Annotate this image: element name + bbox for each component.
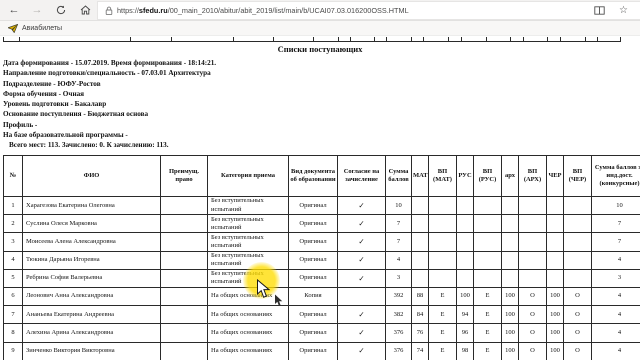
table-cell: 382 (386, 306, 412, 324)
table-cell: 74 (412, 342, 429, 360)
col-header-total-score: Сумма баллов (386, 156, 412, 197)
table-cell: 98 (457, 342, 474, 360)
table-row: 7Ананьева Екатерина АндреевнаНа общих ос… (4, 306, 640, 324)
table-cell: 88 (412, 287, 429, 305)
table-cell (474, 251, 502, 269)
table-cell: 8 (4, 324, 23, 342)
table-cell: На общих основаниях (208, 324, 289, 342)
table-cell (474, 197, 502, 215)
table-cell: 3 (4, 233, 23, 251)
table-cell: 4 (592, 251, 640, 269)
table-cell: 100 (547, 306, 564, 324)
table-cell (161, 233, 208, 251)
bookmark-label: Авиабилеты (22, 25, 62, 32)
meta-line-division: Подразделение - ЮФУ-Ростов (3, 79, 216, 89)
table-cell: Без вступительных испытаний (208, 251, 289, 269)
table-cell: Е (474, 324, 502, 342)
table-cell (429, 197, 457, 215)
table-cell: О (564, 324, 592, 342)
col-header-admission-category: Категория приема (208, 156, 289, 197)
table-row: 8Алехина Арина АлександровнаНа общих осн… (4, 324, 640, 342)
url-text: https://sfedu.ru/00_main_2010/abitur/abi… (117, 6, 594, 15)
home-icon (80, 5, 91, 15)
previous-table-bottom-edge (3, 37, 621, 42)
home-button[interactable] (75, 1, 95, 19)
table-cell: 94 (457, 306, 474, 324)
table-cell: ✓ (338, 324, 386, 342)
table-cell: Оригинал (289, 251, 338, 269)
col-header-cher: ЧЕР (547, 156, 564, 197)
table-cell: ✓ (338, 215, 386, 233)
table-cell (429, 233, 457, 251)
table-cell: На общих основаниях (208, 287, 289, 305)
table-cell: 96 (457, 324, 474, 342)
table-cell (519, 269, 547, 287)
table-cell: 100 (547, 342, 564, 360)
table-cell: 7 (4, 306, 23, 324)
table-cell (161, 215, 208, 233)
table-cell (547, 269, 564, 287)
table-cell (412, 215, 429, 233)
table-cell: 10 (592, 197, 640, 215)
admissions-table: № ФИО Преимущ. право Категория приема Ви… (3, 155, 640, 360)
table-cell (519, 251, 547, 269)
table-cell: 9 (4, 342, 23, 360)
table-cell (474, 233, 502, 251)
table-cell: На общих основаниях (208, 306, 289, 324)
table-cell (547, 233, 564, 251)
meta-line-date: Дата формирования - 15.07.2019. Время фо… (3, 58, 216, 68)
table-cell: 376 (386, 324, 412, 342)
table-cell: 4 (592, 342, 640, 360)
table-cell (502, 233, 519, 251)
table-cell: 3 (592, 269, 640, 287)
table-cell (564, 269, 592, 287)
table-cell: Оригинал (289, 324, 338, 342)
table-cell (502, 269, 519, 287)
table-cell: Без вступительных испытаний (208, 269, 289, 287)
paper-plane-icon (8, 24, 18, 33)
table-cell (474, 269, 502, 287)
table-cell: 10 (386, 197, 412, 215)
table-cell: Е (429, 324, 457, 342)
table-row: 6Леонович Анна АлександровнаНа общих осн… (4, 287, 640, 305)
refresh-icon (56, 5, 66, 15)
table-cell (429, 251, 457, 269)
meta-line-edu-base: На базе образовательной программы - (3, 130, 216, 140)
table-cell (457, 197, 474, 215)
table-cell: Тюкина Дарьяна Игоревна (23, 251, 161, 269)
table-cell: Е (474, 287, 502, 305)
table-cell (519, 197, 547, 215)
table-cell: О (519, 342, 547, 360)
refresh-button[interactable] (51, 1, 71, 19)
table-cell (564, 233, 592, 251)
table-cell (564, 215, 592, 233)
table-row: 3Моисеева Алена АлександровнаБез вступит… (4, 233, 640, 251)
table-cell: О (564, 287, 592, 305)
table-cell: 100 (502, 342, 519, 360)
meta-line-totals: Всего мест: 113. Зачислено: 0. К зачисле… (3, 140, 216, 150)
meta-line-level: Уровень подготовки - Бакалавр (3, 99, 216, 109)
table-header-row: № ФИО Преимущ. право Категория приема Ви… (4, 156, 640, 197)
table-cell: О (519, 324, 547, 342)
meta-line-program: Направление подготовки/специальность - 0… (3, 68, 216, 78)
table-row: 9Зинченко Виктория ВикторовнаНа общих ос… (4, 342, 640, 360)
address-bar[interactable]: https://sfedu.ru/00_main_2010/abitur/abi… (97, 1, 640, 20)
table-cell: 76 (412, 324, 429, 342)
table-cell: Ананьева Екатерина Андреевна (23, 306, 161, 324)
table-row: 1Харагезова Екатерина ОлеговнаБез вступи… (4, 197, 640, 215)
table-cell (161, 306, 208, 324)
table-cell (161, 324, 208, 342)
table-cell: Оригинал (289, 342, 338, 360)
table-cell (429, 215, 457, 233)
col-header-vp-arh: ВП (АРХ) (519, 156, 547, 197)
reading-view-icon[interactable] (594, 6, 605, 15)
table-cell: Леонович Анна Александровна (23, 287, 161, 305)
col-header-consent: Согласие на зачисление (338, 156, 386, 197)
table-cell (457, 215, 474, 233)
table-cell: О (564, 306, 592, 324)
table-cell: 7 (592, 233, 640, 251)
table-cell: 4 (592, 324, 640, 342)
table-cell: ✓ (338, 197, 386, 215)
table-cell: 100 (502, 287, 519, 305)
table-cell: ✓ (338, 306, 386, 324)
col-header-rus: РУС (457, 156, 474, 197)
table-cell (457, 269, 474, 287)
table-cell (161, 342, 208, 360)
table-cell (161, 287, 208, 305)
table-cell (161, 197, 208, 215)
table-cell (412, 233, 429, 251)
col-header-arh: арх (502, 156, 519, 197)
table-cell: 376 (386, 342, 412, 360)
meta-line-profile: Профиль - (3, 120, 216, 130)
col-header-vp-rus: ВП (РУС) (474, 156, 502, 197)
table-cell: 7 (386, 215, 412, 233)
table-cell: Суслина Олеся Марковна (23, 215, 161, 233)
table-cell: О (519, 306, 547, 324)
table-cell: 7 (592, 215, 640, 233)
table-cell: Е (474, 306, 502, 324)
table-cell: Оригинал (289, 233, 338, 251)
table-cell: 100 (502, 324, 519, 342)
table-cell (412, 197, 429, 215)
favorites-star-icon[interactable]: ☆ (619, 6, 628, 16)
browser-window: ← → https://sfedu.ru/00_main_2010/abitur… (0, 0, 640, 360)
table-cell: Е (429, 287, 457, 305)
table-cell (161, 251, 208, 269)
table-cell: 392 (386, 287, 412, 305)
col-header-name: ФИО (23, 156, 161, 197)
meta-line-study-form: Форма обучения - Очная (3, 89, 216, 99)
col-header-vp-cher: ВП (ЧЕР) (564, 156, 592, 197)
bookmarks-bar: Авиабилеты (0, 21, 640, 36)
table-cell (547, 251, 564, 269)
table-cell: 2 (4, 215, 23, 233)
table-cell (429, 269, 457, 287)
table-cell (502, 197, 519, 215)
table-cell (502, 215, 519, 233)
table-cell: Оригинал (289, 269, 338, 287)
table-cell: Без вступительных испытаний (208, 215, 289, 233)
table-cell (547, 197, 564, 215)
table-cell: ✓ (338, 233, 386, 251)
table-row: 2Суслина Олеся МарковнаБез вступительных… (4, 215, 640, 233)
table-cell: Е (474, 342, 502, 360)
table-cell: О (519, 287, 547, 305)
table-cell (564, 197, 592, 215)
table-cell: 5 (4, 269, 23, 287)
back-button[interactable]: ← (4, 1, 24, 19)
table-cell: Без вступительных испытаний (208, 233, 289, 251)
page-content: Списки поступающих Дата формирования - 1… (0, 37, 640, 360)
col-header-priority-right: Преимущ. право (161, 156, 208, 197)
table-cell: Без вступительных испытаний (208, 197, 289, 215)
table-cell: 4 (592, 287, 640, 305)
table-cell: Е (429, 306, 457, 324)
col-header-document-type: Вид документа об образовании (289, 156, 338, 197)
bookmark-item-aviabilety[interactable]: Авиабилеты (8, 24, 62, 33)
table-cell: 6 (4, 287, 23, 305)
table-cell (564, 251, 592, 269)
table-cell: 4 (592, 306, 640, 324)
table-cell: 100 (502, 306, 519, 324)
table-cell (338, 287, 386, 305)
table-cell: 7 (386, 233, 412, 251)
table-cell: На общих основаниях (208, 342, 289, 360)
table-cell: 1 (4, 197, 23, 215)
lock-icon (105, 6, 113, 16)
table-cell: Оригинал (289, 215, 338, 233)
table-cell: 100 (547, 324, 564, 342)
table-cell: ✓ (338, 251, 386, 269)
table-cell: 100 (547, 287, 564, 305)
table-cell (457, 233, 474, 251)
meta-line-basis: Основание поступления - Бюджетная основа (3, 109, 216, 119)
table-cell: О (564, 342, 592, 360)
table-cell (161, 269, 208, 287)
col-header-achievement-score: Сумма баллов за инд.дост. (конкурсные) (592, 156, 640, 197)
forward-button[interactable]: → (27, 1, 47, 19)
table-cell: Оригинал (289, 197, 338, 215)
table-cell: Ребрина София Валерьевна (23, 269, 161, 287)
admissions-table-body: 1Харагезова Екатерина ОлеговнаБез вступи… (4, 197, 640, 360)
table-cell: 3 (386, 269, 412, 287)
table-cell: ✓ (338, 342, 386, 360)
browser-toolbar: ← → https://sfedu.ru/00_main_2010/abitur… (0, 0, 640, 21)
table-cell: 100 (457, 287, 474, 305)
table-cell (474, 215, 502, 233)
table-cell: 4 (4, 251, 23, 269)
table-cell: Оригинал (289, 306, 338, 324)
report-meta: Дата формирования - 15.07.2019. Время фо… (3, 58, 216, 151)
col-header-mat: МАТ (412, 156, 429, 197)
table-cell (457, 251, 474, 269)
table-cell (519, 233, 547, 251)
table-cell: Копия (289, 287, 338, 305)
table-row: 5Ребрина София ВалерьевнаБез вступительн… (4, 269, 640, 287)
table-cell: Харагезова Екатерина Олеговна (23, 197, 161, 215)
table-cell: 84 (412, 306, 429, 324)
col-header-number: № (4, 156, 23, 197)
table-cell: Алехина Арина Александровна (23, 324, 161, 342)
table-cell (502, 251, 519, 269)
col-header-vp-mat: ВП (МАТ) (429, 156, 457, 197)
table-cell (412, 251, 429, 269)
table-cell: 4 (386, 251, 412, 269)
table-cell: Зинченко Виктория Викторовна (23, 342, 161, 360)
table-cell: Моисеева Алена Александровна (23, 233, 161, 251)
table-cell: Е (429, 342, 457, 360)
page-title: Списки поступающих (0, 44, 640, 54)
table-cell: ✓ (338, 269, 386, 287)
table-cell (519, 215, 547, 233)
table-row: 4Тюкина Дарьяна ИгоревнаБез вступительны… (4, 251, 640, 269)
table-cell (547, 215, 564, 233)
table-cell (412, 269, 429, 287)
